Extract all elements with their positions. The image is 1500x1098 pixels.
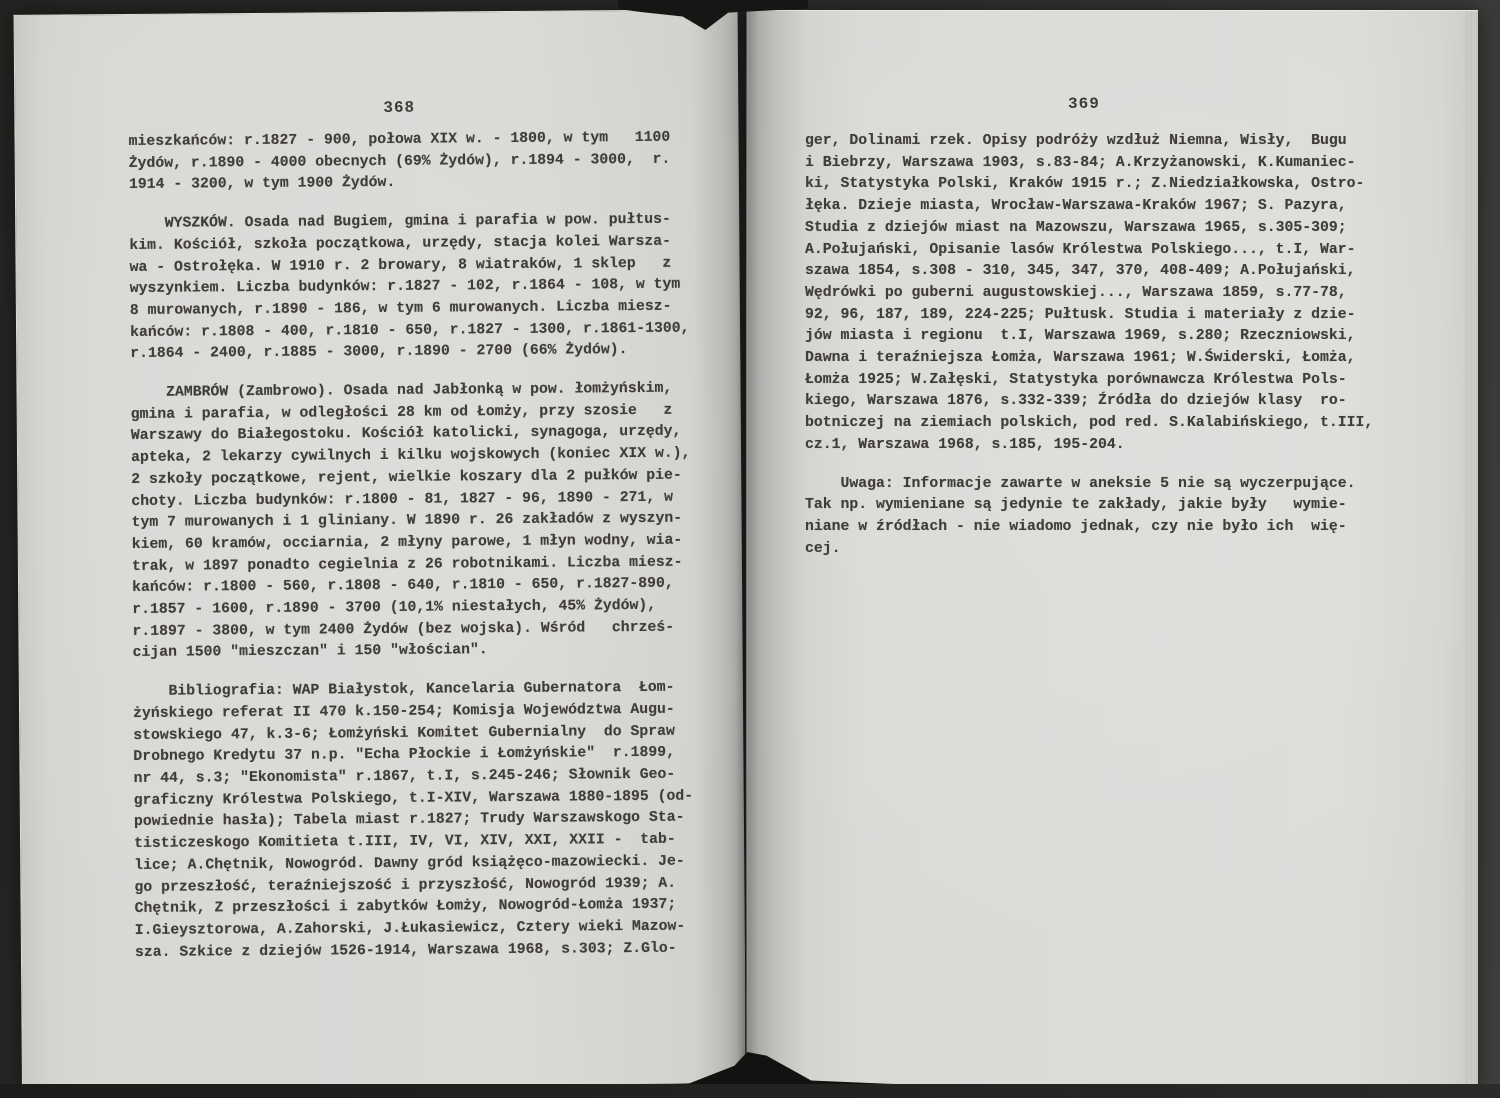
paragraph: Uwaga: Informacje zawarte w aneksie 5 ni… bbox=[805, 474, 1380, 561]
left-page: 368 mieszkańców: r.1827 - 900, połowa XI… bbox=[14, 9, 746, 1089]
paragraph: ger, Dolinami rzek. Opisy podróży wzdłuż… bbox=[805, 131, 1380, 457]
paragraph: Bibliografia: WAP Białystok, Kancelaria … bbox=[133, 678, 710, 965]
paragraph: ZAMBRÓW (Zambrowo). Osada nad Jabłonką w… bbox=[130, 378, 707, 665]
right-page: 369 ger, Dolinami rzek. Opisy podróży wz… bbox=[746, 10, 1478, 1087]
book-scan-photo: 368 mieszkańców: r.1827 - 900, połowa XI… bbox=[0, 0, 1500, 1098]
paragraph: WYSZKÓW. Osada nad Bugiem, gmina i paraf… bbox=[129, 210, 705, 366]
book-cover-bottom-edge bbox=[0, 1084, 1500, 1098]
page-edge-stack bbox=[1465, 11, 1478, 1087]
left-page-text-column: mieszkańców: r.1827 - 900, połowa XIX w.… bbox=[128, 127, 710, 964]
paragraph: mieszkańców: r.1827 - 900, połowa XIX w.… bbox=[128, 127, 703, 197]
left-page-number: 368 bbox=[383, 99, 415, 117]
right-page-text-column: ger, Dolinami rzek. Opisy podróży wzdłuż… bbox=[805, 131, 1380, 560]
right-page-number: 369 bbox=[1068, 95, 1100, 113]
